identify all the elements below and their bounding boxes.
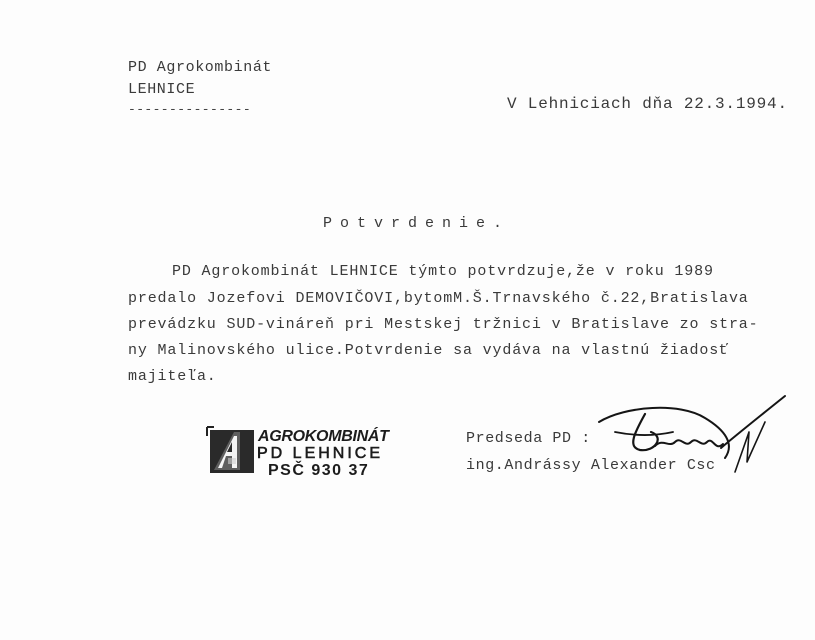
body-line: predalo Jozefovi DEMOVIČOVI,bytomM.Š.Trn… [128,290,749,307]
organization-stamp: AGROKOMBINÁT PD LEHNICE PSČ 930 37 [200,422,400,492]
signatory-role: Predseda PD : [466,430,591,447]
handwritten-signature-icon [585,392,790,482]
stamp-line-2: PD LEHNICE [257,445,383,463]
scanned-letter-page: PD Agrokombinát LEHNICE --------------- … [0,0,815,640]
stamp-line-3: PSČ 930 37 [268,462,369,480]
stylized-a-logo-icon [204,424,256,474]
sender-town: LEHNICE [128,81,195,98]
body-line: prevádzku SUD-vináreň pri Mestskej tržni… [128,316,759,333]
body-line: ny Malinovského ulice.Potvrdenie sa vydá… [128,342,729,359]
body-line: PD Agrokombinát LEHNICE týmto potvrdzuje… [172,263,714,280]
body-line: majiteľa. [128,368,217,385]
header-underline: --------------- [128,102,251,117]
document-title: Potvrdenie. [323,215,510,232]
stamp-line-1: AGROKOMBINÁT [258,428,389,446]
sender-organization: PD Agrokombinát [128,59,272,76]
place-and-date: V Lehniciach dňa 22.3.1994. [507,95,788,113]
